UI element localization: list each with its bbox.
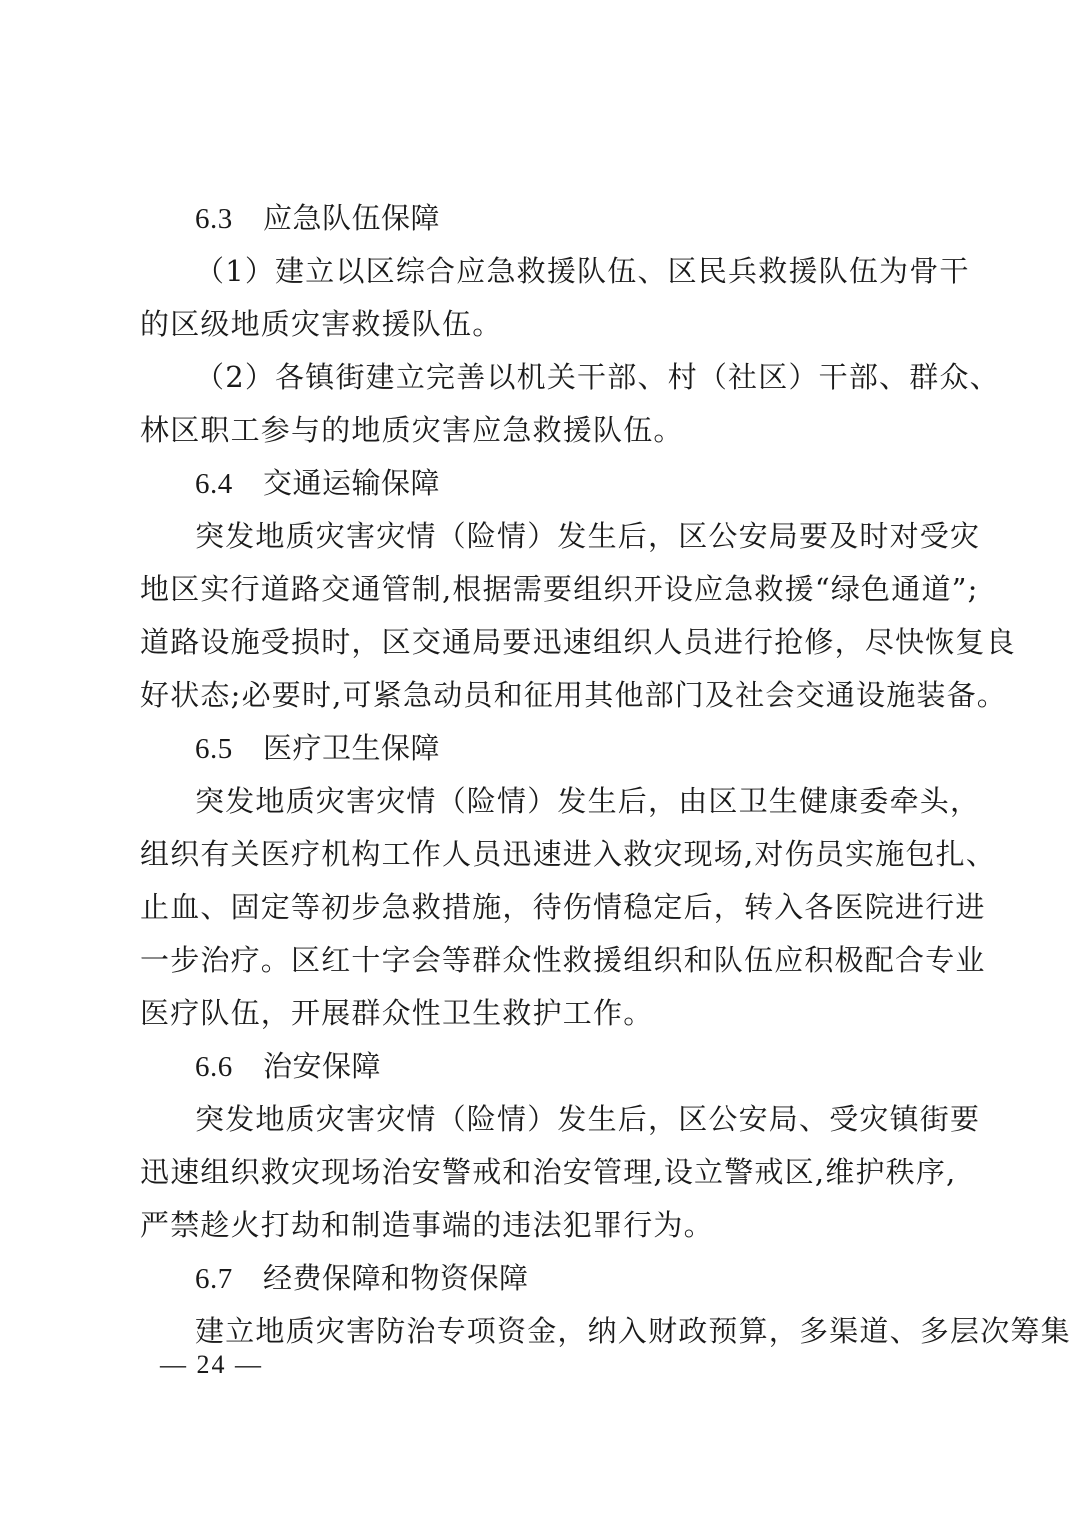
- paragraph-line: 迅速组织救灾现场治安警戒和治安管理,设立警戒区,维护秩序,: [140, 1146, 940, 1199]
- section-number: 6.4: [195, 458, 263, 511]
- section-title: 应急队伍保障: [263, 201, 440, 235]
- paragraph-line: （1）建立以区综合应急救援队伍、区民兵救援队伍为骨干: [140, 245, 940, 298]
- section-number: 6.7: [195, 1253, 263, 1306]
- paragraph-line: 突发地质灾害灾情（险情）发生后，区公安局、受灾镇街要: [140, 1093, 940, 1146]
- paragraph-line: 组织有关医疗机构工作人员迅速进入救灾现场,对伤员实施包扎、: [140, 828, 940, 881]
- section-title: 治安保障: [263, 1049, 381, 1083]
- section-heading-6-5: 6.5医疗卫生保障: [140, 722, 940, 775]
- paragraph-line: 好状态;必要时,可紧急动员和征用其他部门及社会交通设施装备。: [140, 669, 940, 722]
- section-heading-6-3: 6.3应急队伍保障: [140, 192, 940, 245]
- document-page: 6.3应急队伍保障 （1）建立以区综合应急救援队伍、区民兵救援队伍为骨干 的区级…: [140, 192, 940, 1358]
- section-title: 医疗卫生保障: [263, 731, 440, 765]
- section-heading-6-7: 6.7经费保障和物资保障: [140, 1252, 940, 1305]
- section-title: 经费保障和物资保障: [263, 1261, 529, 1295]
- section-number: 6.5: [195, 723, 263, 776]
- section-title: 交通运输保障: [263, 466, 440, 500]
- paragraph-line: 林区职工参与的地质灾害应急救援队伍。: [140, 404, 940, 457]
- paragraph-line: 一步治疗。区红十字会等群众性救援组织和队伍应积极配合专业: [140, 934, 940, 987]
- paragraph-line: 医疗队伍，开展群众性卫生救护工作。: [140, 987, 940, 1040]
- paragraph-line: 严禁趁火打劫和制造事端的违法犯罪行为。: [140, 1199, 940, 1252]
- paragraph-line: 止血、固定等初步急救措施，待伤情稳定后，转入各医院进行进: [140, 881, 940, 934]
- paragraph-line: 的区级地质灾害救援队伍。: [140, 298, 940, 351]
- paragraph-line: 地区实行道路交通管制,根据需要组织开设应急救援“绿色通道”;: [140, 563, 940, 616]
- paragraph-line: （2）各镇街建立完善以机关干部、村（社区）干部、群众、: [140, 351, 940, 404]
- page-number: — 24 —: [160, 1350, 263, 1380]
- section-number: 6.3: [195, 193, 263, 246]
- section-heading-6-6: 6.6治安保障: [140, 1040, 940, 1093]
- paragraph-line: 道路设施受损时，区交通局要迅速组织人员进行抢修，尽快恢复良: [140, 616, 940, 669]
- section-number: 6.6: [195, 1041, 263, 1094]
- section-heading-6-4: 6.4交通运输保障: [140, 457, 940, 510]
- paragraph-line: 突发地质灾害灾情（险情）发生后，由区卫生健康委牵头，: [140, 775, 940, 828]
- paragraph-line: 突发地质灾害灾情（险情）发生后，区公安局要及时对受灾: [140, 510, 940, 563]
